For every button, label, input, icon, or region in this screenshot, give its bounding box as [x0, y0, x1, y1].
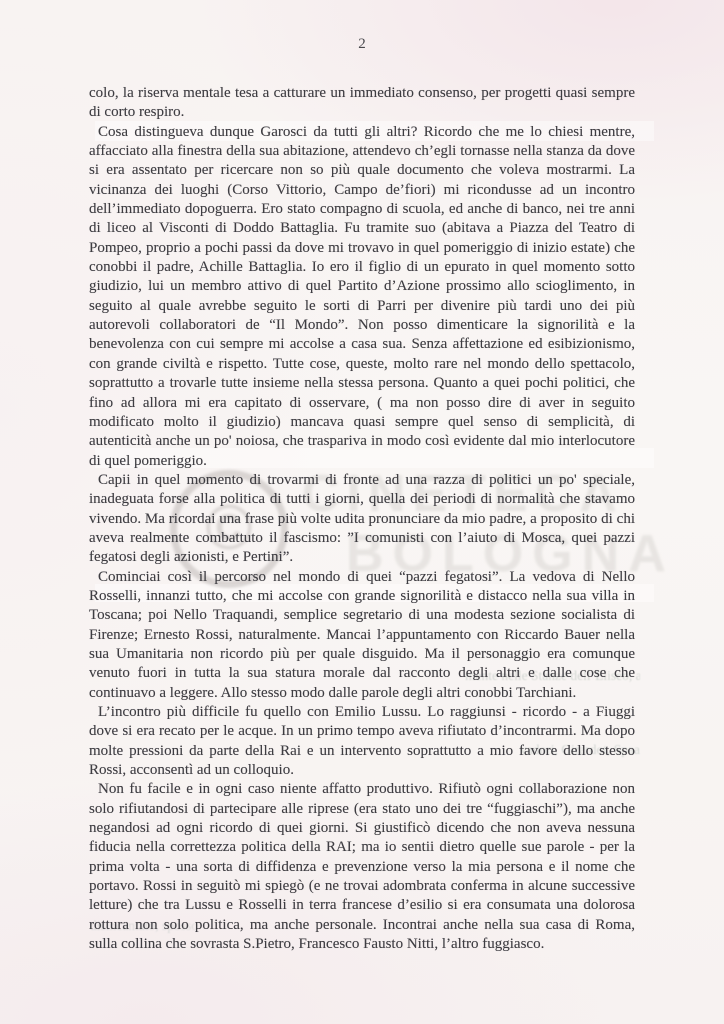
- paragraph: L’incontro più difficile fu quello con E…: [89, 703, 635, 780]
- paragraph: Capii in quel momento di trovarmi di fro…: [89, 471, 635, 568]
- paragraph: Cosa distingueva dunque Garosci da tutti…: [89, 123, 635, 471]
- scanned-document-page: © CINETECA BOLOGNA mente nelle Stanze de…: [0, 0, 724, 1024]
- paragraph: Non fu facile e in ogni caso niente affa…: [89, 780, 635, 954]
- paragraph: Cominciai così il percorso nel mondo di …: [89, 568, 635, 703]
- paragraph: colo, la riserva mentale tesa a catturar…: [89, 84, 635, 123]
- page-number: 2: [89, 36, 635, 53]
- body-text: colo, la riserva mentale tesa a catturar…: [89, 84, 635, 954]
